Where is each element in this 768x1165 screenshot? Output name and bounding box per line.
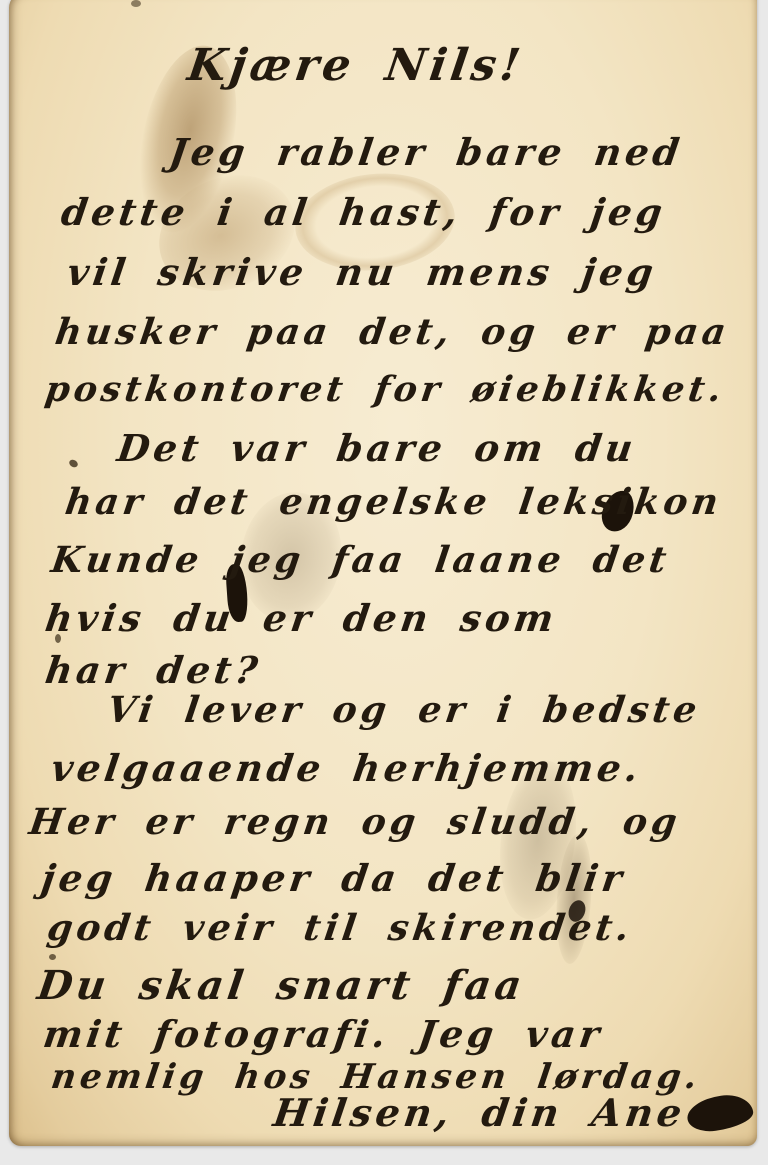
handwriting-line: husker paa det, og er paa [53,314,732,350]
handwriting-line: nemlig hos Hansen lørdag. [49,1060,703,1094]
signature-line: Hilsen, din Ane [271,1094,688,1132]
postcard: Kjære Nils! Jeg rabler bare ned dette i … [9,0,757,1146]
handwriting-line: mit fotografi. Jeg var [41,1016,606,1053]
handwriting-line: vil skrive nu mens jeg [65,254,659,291]
handwriting-line: Jeg rabler bare ned [167,134,685,171]
handwriting-line: postkontoret for øieblikket. [43,372,727,407]
handwriting-line: Her er regn og sludd, og [27,804,683,840]
handwriting-line: Kunde jeg faa laane det [49,542,672,578]
handwriting-line: hvis du er den som [43,600,560,637]
edge-speck [49,954,56,960]
handwriting-line: Det var bare om du [115,430,639,467]
handwriting-line: har det? [43,652,264,689]
handwriting-line: velgaaende herhjemme. [49,750,644,787]
salutation-line: Kjære Nils! [185,44,527,88]
handwriting-line: dette i al hast, for jeg [59,194,668,231]
ink-blot-signature [685,1092,755,1135]
edge-speck [131,0,141,7]
photo-background: Kjære Nils! Jeg rabler bare ned dette i … [0,0,768,1165]
handwriting-line: godt veir til skirendet. [45,910,635,946]
handwriting-line: Vi lever og er i bedste [105,692,703,728]
edge-speck [68,458,79,469]
handwriting-line: Du skal snart faa [35,966,528,1006]
handwriting-line: jeg haaper da det blir [39,860,628,897]
handwriting-line: har det engelske leksikon [63,484,724,520]
